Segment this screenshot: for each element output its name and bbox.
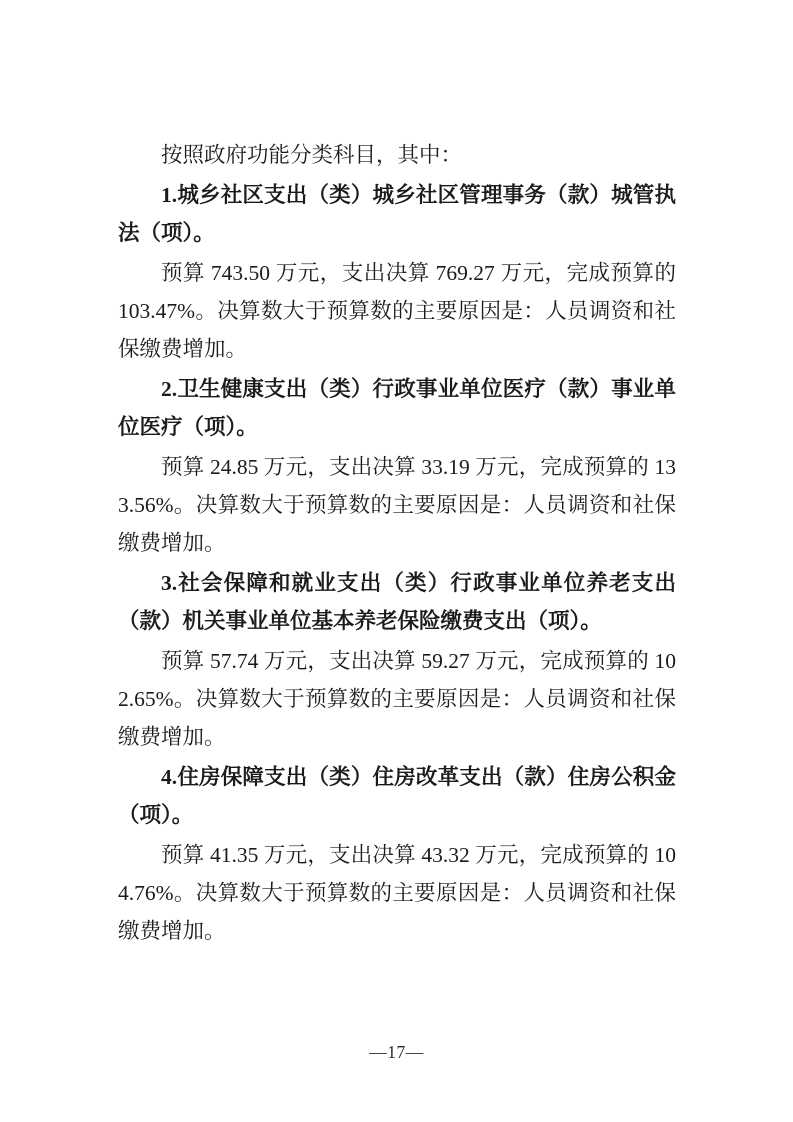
page-content: 按照政府功能分类科目，其中： 1.城乡社区支出（类）城乡社区管理事务（款）城管执… — [118, 136, 676, 952]
section-3-body: 预算 57.74 万元，支出决算 59.27 万元，完成预算的 102.65%。… — [118, 642, 676, 756]
section-2-body: 预算 24.85 万元，支出决算 33.19 万元，完成预算的 133.56%。… — [118, 448, 676, 562]
intro-paragraph: 按照政府功能分类科目，其中： — [118, 136, 676, 174]
page-number: —17— — [0, 1042, 793, 1063]
section-3-heading: 3.社会保障和就业支出（类）行政事业单位养老支出（款）机关事业单位基本养老保险缴… — [118, 564, 676, 640]
section-1-heading: 1.城乡社区支出（类）城乡社区管理事务（款）城管执法（项）。 — [118, 176, 676, 252]
document-page: 按照政府功能分类科目，其中： 1.城乡社区支出（类）城乡社区管理事务（款）城管执… — [0, 0, 793, 1122]
section-4-body: 预算 41.35 万元，支出决算 43.32 万元，完成预算的 104.76%。… — [118, 836, 676, 950]
section-2-heading: 2.卫生健康支出（类）行政事业单位医疗（款）事业单位医疗（项）。 — [118, 370, 676, 446]
section-1-body: 预算 743.50 万元，支出决算 769.27 万元，完成预算的 103.47… — [118, 254, 676, 368]
section-4-heading: 4.住房保障支出（类）住房改革支出（款）住房公积金（项）。 — [118, 758, 676, 834]
